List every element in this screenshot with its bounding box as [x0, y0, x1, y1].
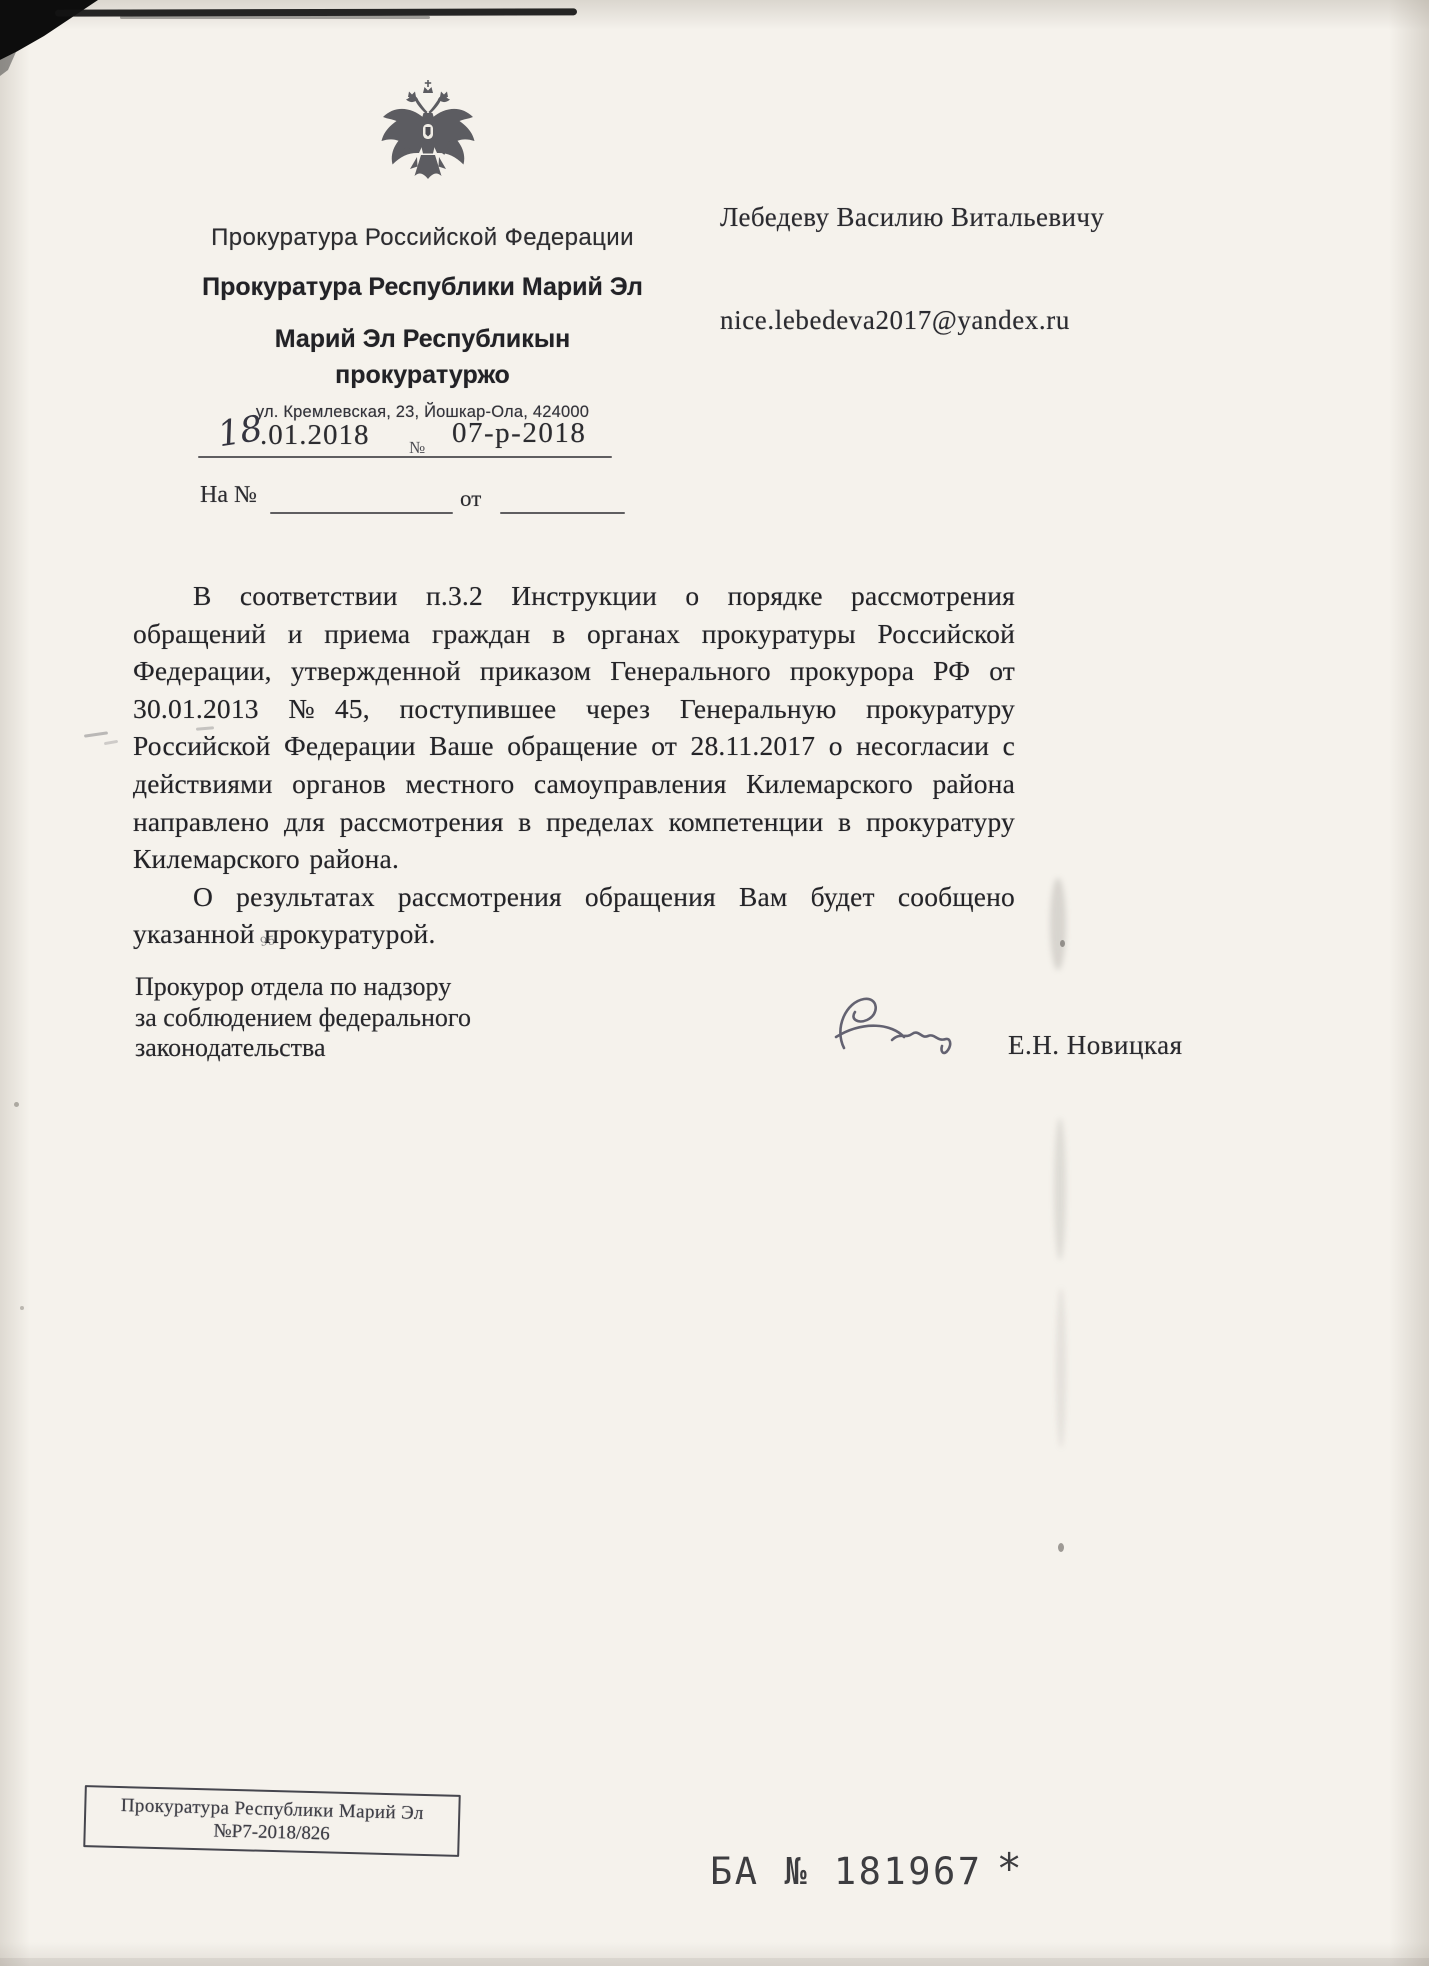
registration-stamp: Прокуратура Республики Марий Эл №Р7-2018…: [83, 1785, 460, 1857]
date-underline: [198, 456, 612, 458]
scan-bottom-edge: [0, 1958, 1429, 1966]
handwritten-date-day: 18: [215, 409, 265, 455]
scan-smudge: [1054, 1118, 1066, 1260]
letterhead: Прокуратура Российской Федерации Прокура…: [150, 224, 695, 422]
reply-number-blank: [270, 512, 453, 514]
date-printed: .01.2018: [260, 419, 370, 452]
scan-streak-faint: [120, 16, 430, 19]
in-reply-from-label: от: [460, 486, 481, 512]
recipient-email: nice.lebedeva2017@yandex.ru: [720, 305, 1070, 336]
signatory-name: Е.Н. Новицкая: [1008, 1030, 1183, 1061]
serial-text: БА № 181967: [710, 1850, 983, 1893]
body-paragraph: О результатах рассмотрения обращения Вам…: [133, 878, 1015, 953]
org-name-regional: Прокуратура Республики Марий Эл: [150, 273, 695, 302]
serial-asterisk: *: [997, 1844, 1025, 1893]
handwritten-signature: [830, 990, 970, 1074]
form-serial-number: БА № 181967*: [710, 1845, 1024, 1894]
scan-smudge: [1056, 1288, 1066, 1448]
letter-body: В соответствии п.3.2 Инструкции о порядк…: [133, 577, 1015, 953]
in-reply-label: На №: [200, 482, 257, 509]
number-sign: №: [409, 438, 425, 458]
scan-smudge: [1050, 878, 1066, 970]
scan-speck: [20, 1306, 24, 1310]
signatory-title: Прокурор отдела по надзору за соблюдение…: [135, 972, 471, 1064]
stamp-number: №Р7-2018/826: [213, 1820, 330, 1845]
org-name-mari: Марий Эл Республикын прокуратуржо: [150, 321, 695, 393]
outgoing-number: 07-р-2018: [452, 417, 586, 450]
stamp-org: Прокуратура Республики Марий Эл: [121, 1795, 424, 1825]
coat-of-arms-icon: [378, 80, 478, 198]
org-name-federal: Прокуратура Российской Федерации: [150, 224, 695, 252]
reply-date-blank: [500, 512, 625, 514]
pencil-mark: [84, 731, 108, 737]
scan-speck: [14, 1102, 19, 1107]
pencil-mark: [104, 740, 118, 745]
scan-speck: [1060, 940, 1065, 947]
scan-speck: [1058, 1543, 1064, 1552]
recipient-name: Лебедеву Василию Витальевичу: [720, 202, 1104, 233]
scanned-letter-page: 95: [0, 0, 1429, 1966]
body-paragraph: В соответствии п.3.2 Инструкции о порядк…: [133, 577, 1015, 878]
